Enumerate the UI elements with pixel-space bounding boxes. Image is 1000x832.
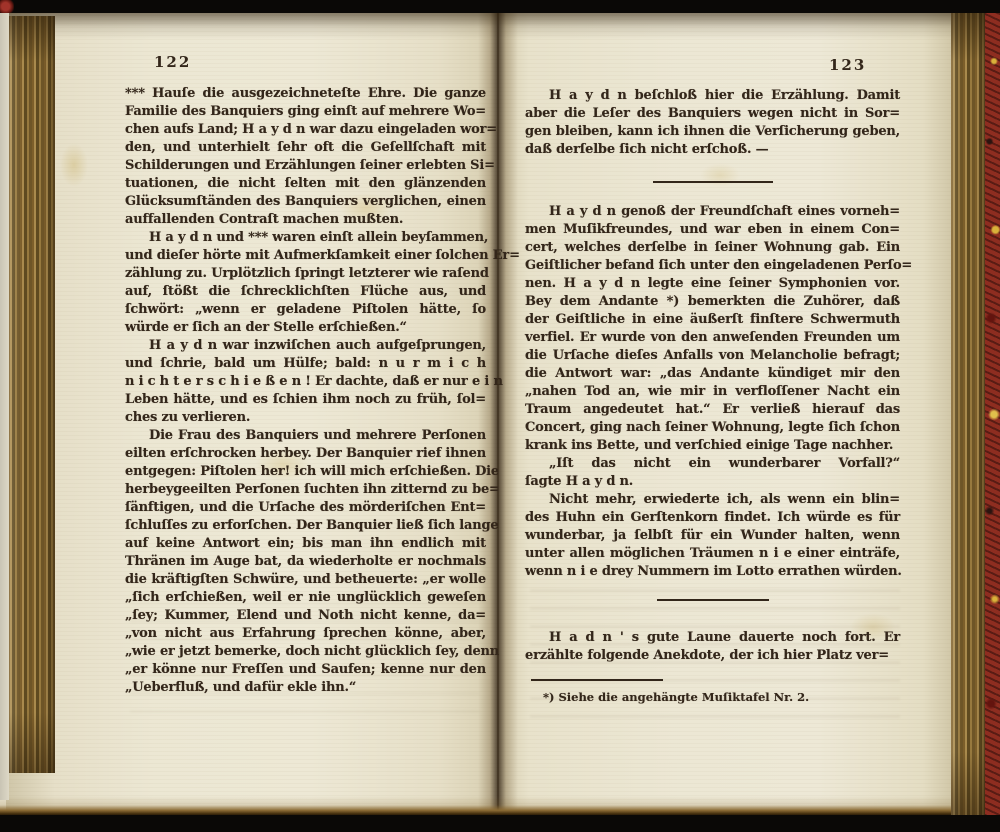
text-line: Nicht mehr, erwiederte ich, als wenn ein… [525, 491, 900, 509]
text-line: krank ins Bette, und verſchied einige Ta… [525, 437, 900, 455]
text-line: der Geiſtliche in eine äußerſt finſtere … [525, 311, 900, 329]
text-line: *** Hauſe die ausgezeichneteſte Ehre. Di… [125, 85, 486, 103]
page-number-right: 123 [829, 56, 866, 74]
text-line: ches zu verlieren. [125, 409, 486, 427]
text-line: Leben hätte, und es ſchien ihm noch zu f… [125, 391, 486, 409]
book-scan: 122 123 *** Hauſe die ausgezeichneteſte … [0, 0, 1000, 832]
text-line: „Ueberfluß, und dafür ekle ihn.“ [125, 679, 486, 697]
text-line: H a d n ' s gute Laune dauerte noch fort… [525, 629, 900, 647]
text-line: „nahen Tod an, wie mir in verfloſſener N… [525, 383, 900, 401]
paragraph: H a y d n beſchloß hier die Erzählung. D… [525, 87, 900, 159]
left-page-edge-sliver [0, 13, 9, 800]
paragraph: Nicht mehr, erwiederte ich, als wenn ein… [525, 491, 900, 581]
text-line: chen aufs Land; H a y d n war dazu einge… [125, 121, 486, 139]
text-line: Die Frau des Banquiers und mehrere Perſo… [125, 427, 486, 445]
text-line: und ſchrie, bald um Hülfe; bald: n u r m… [125, 355, 486, 373]
text-line: verfiel. Er wurde von den anweſenden Fre… [525, 329, 900, 347]
scanner-background-bottom [0, 815, 1000, 832]
text-line: wunderbar, ja ſelbſt für ein Wunder halt… [525, 527, 900, 545]
text-line: die kräftigſten Schwüre, und betheuerte:… [125, 571, 486, 589]
text-line: auf, ſtößt die ſchrecklichſten Flüche au… [125, 283, 486, 301]
text-line: *) Siehe die angehängte Muſiktafel Nr. 2… [525, 689, 900, 705]
text-line: n i c h t e r s c h i e ß e n ! Er dacht… [125, 373, 486, 391]
text-line: Traum angedeutet hat.“ Er verließ hierau… [525, 401, 900, 419]
text-line: Thränen im Auge bat, da wiederholte er n… [125, 553, 486, 571]
text-line: „er könne nur Freſſen und Saufen; kenne … [125, 661, 486, 679]
text-line: erzählte folgende Anekdote, der ich hier… [525, 647, 900, 665]
bottom-page-edge [0, 796, 1000, 816]
text-line: auf keine Antwort ein; bis man ihn endli… [125, 535, 486, 553]
text-line: Concert, ging nach ſeiner Wohnung, legte… [525, 419, 900, 437]
text-line: auffallenden Contraſt machen mußten. [125, 211, 486, 229]
scanner-background-top [0, 0, 1000, 13]
text-line: „wie er jetzt bemerke, doch nicht glückl… [125, 643, 486, 661]
page-number-left: 122 [154, 53, 191, 71]
paragraph: Die Frau des Banquiers und mehrere Perſo… [125, 427, 486, 697]
paragraph: H a d n ' s gute Laune dauerte noch fort… [525, 629, 900, 665]
paragraph: *** Hauſe die ausgezeichneteſte Ehre. Di… [125, 85, 486, 229]
text-line: H a y d n genoß der Freundſchaft eines v… [525, 203, 900, 221]
text-line: H a y d n beſchloß hier die Erzählung. D… [525, 87, 900, 105]
text-line: Glücksumſtänden des Banquiers verglichen… [125, 193, 486, 211]
text-line: zählung zu. Urplötzlich ſpringt letztere… [125, 265, 486, 283]
paragraph: H a y d n war inzwiſchen auch aufgeſprun… [125, 337, 486, 427]
section-separator-rule [653, 181, 773, 183]
text-line: Familie des Banquiers ging einſt auf meh… [125, 103, 486, 121]
cover-corner-fragment [0, 0, 14, 13]
text-line: „von nicht aus Erfahrung ſprechen könne,… [125, 625, 486, 643]
text-line: daß derſelbe ſich nicht erſchoß. — [525, 141, 900, 159]
text-line: herbeygeeilten Perſonen ſuchten ihn zitt… [125, 481, 486, 499]
text-line: unter allen möglichen Träumen n i e eine… [525, 545, 900, 563]
text-line: men Muſikfreundes, und war eben in einem… [525, 221, 900, 239]
text-line: „ſich erſchießen, weil er nie unglücklic… [125, 589, 486, 607]
text-line: den, und unterhielt ſehr oft die Geſellſ… [125, 139, 486, 157]
text-line: „ſey; Kummer, Elend und Noth nicht kenne… [125, 607, 486, 625]
text-line: und dieſer hörte mit Aufmerkſamkeit eine… [125, 247, 486, 265]
fore-edge-left [8, 16, 55, 773]
text-line: Bey dem Andante *) bemerkten die Zuhörer… [525, 293, 900, 311]
text-line: Geiſtlicher befand ſich unter den eingel… [525, 257, 900, 275]
footnote: *) Siehe die angehängte Muſiktafel Nr. 2… [525, 689, 900, 705]
text-line: nen. H a y d n legte eine ſeiner Symphon… [525, 275, 900, 293]
text-line: H a y d n war inzwiſchen auch aufgeſprun… [125, 337, 486, 355]
text-line: gen bleiben, kann ich ihnen die Verſiche… [525, 123, 900, 141]
text-line: „Iſt das nicht ein wunderbarer Vorfall?“ [525, 455, 900, 473]
top-edge-shadow [0, 13, 1000, 39]
text-line: würde er ſich an der Stelle erſchießen.“ [125, 319, 486, 337]
text-line: des Huhn ein Gerſtenkorn findet. Ich wür… [525, 509, 900, 527]
text-line: eilten erſchrocken herbey. Der Banquier … [125, 445, 486, 463]
text-line: ſchluſſes zu erforſchen. Der Banquier li… [125, 517, 486, 535]
section-separator-rule [657, 599, 769, 601]
text-line: die Urſache dieſes Anfalls von Melanchol… [525, 347, 900, 365]
text-line: die Antwort war: „das Andante kündiget m… [525, 365, 900, 383]
text-line: Schilderungen und Erzählungen ſeiner erl… [125, 157, 486, 175]
text-line: ſänftigen, und die Urſache des mörderiſc… [125, 499, 486, 517]
text-line: ſagte H a y d n. [525, 473, 900, 491]
paragraph: H a y d n und *** waren einſt allein bey… [125, 229, 486, 337]
text-line: ſchwört: „wenn er geladene Piſtolen hätt… [125, 301, 486, 319]
footnote-rule [531, 679, 663, 681]
right-page-text: H a y d n beſchloß hier die Erzählung. D… [525, 87, 900, 705]
left-page-text: *** Hauſe die ausgezeichneteſte Ehre. Di… [125, 85, 486, 697]
marbled-cover [985, 13, 1000, 816]
text-line: H a y d n und *** waren einſt allein bey… [125, 229, 486, 247]
fore-edge-right [951, 13, 985, 816]
text-line: cert, welches derſelbe in ſeiner Wohnung… [525, 239, 900, 257]
paragraph: H a y d n genoß der Freundſchaft eines v… [525, 203, 900, 455]
text-line: wenn n i e drey Nummern im Lotto errathe… [525, 563, 900, 581]
text-line: aber die Leſer des Banquiers wegen nicht… [525, 105, 900, 123]
text-line: tuationen, die nicht ſelten mit den glän… [125, 175, 486, 193]
text-line: entgegen: Piſtolen her! ich will mich er… [125, 463, 486, 481]
paragraph: „Iſt das nicht ein wunderbarer Vorfall?“… [525, 455, 900, 491]
